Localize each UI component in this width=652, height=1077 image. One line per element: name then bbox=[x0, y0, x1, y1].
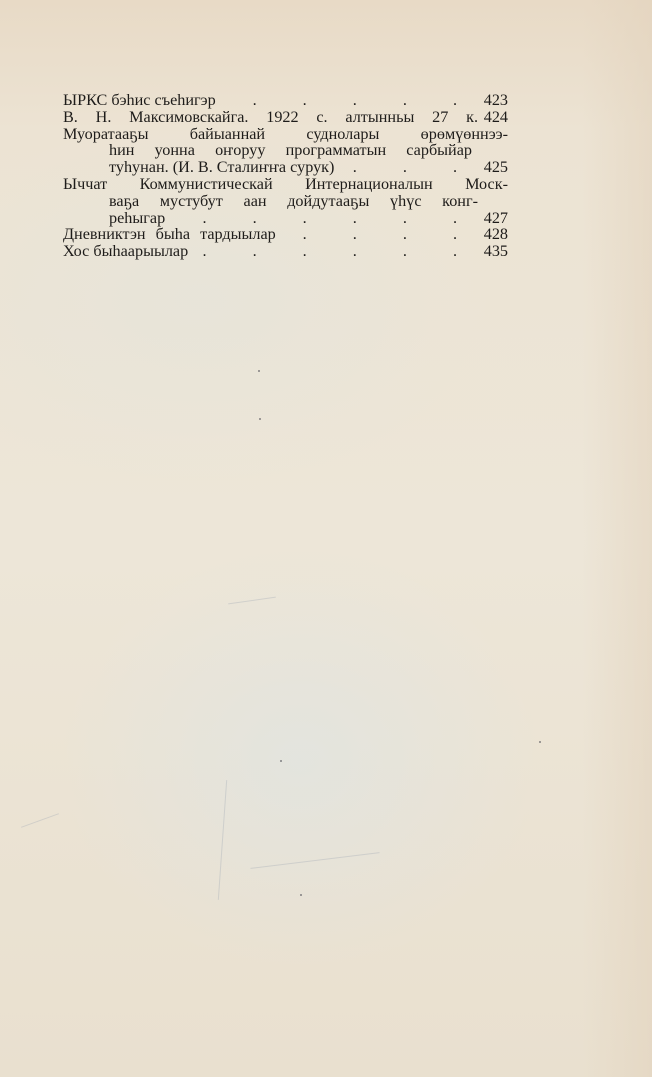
toc-entry-title: Хос быһаарыылар bbox=[63, 243, 188, 260]
paper-scratch bbox=[218, 780, 227, 900]
toc-entry-title: Дневниктэн быһа тардыылар bbox=[63, 226, 276, 243]
paper-speck bbox=[300, 894, 302, 896]
table-of-contents: ЫРКС бэһис съеһигэр . . . . . . . . . . … bbox=[63, 92, 508, 260]
toc-entry: В. Н. Максимовскайга. 1922 с. алтынньы 2… bbox=[63, 109, 508, 126]
toc-entry-last-line: туһунан. (И. В. Сталиҥҥа сурук) . . . . … bbox=[63, 159, 508, 176]
page-edge-shading bbox=[582, 0, 652, 1077]
dot-leader: . . . . . . . . . . . . bbox=[165, 210, 478, 227]
paper-scratch bbox=[250, 852, 379, 869]
toc-page-number: 425 bbox=[478, 159, 508, 176]
toc-entry-title-line: Муоратааҕы байыаннай суднолары өрөмүөннэ… bbox=[63, 126, 508, 143]
toc-entry-title-line: һин уонна оҥоруу программатын сарбыйар bbox=[63, 142, 508, 159]
toc-entry-title: В. Н. Максимовскайга. 1922 с. алтынньы 2… bbox=[63, 109, 478, 126]
scanned-page: ЫРКС бэһис съеһигэр . . . . . . . . . . … bbox=[0, 0, 652, 1077]
toc-page-number: 423 bbox=[478, 92, 508, 109]
dot-leader: . . . . bbox=[334, 159, 478, 176]
paper-speck bbox=[280, 760, 282, 762]
dot-leader: . . . . . . . . bbox=[276, 226, 478, 243]
toc-page-number: 428 bbox=[478, 226, 508, 243]
toc-entry: Ыччат Коммунистическай Интернационалын М… bbox=[63, 176, 508, 226]
paper-scratch bbox=[21, 813, 59, 828]
dot-leader: . . . . . . . . . . . . bbox=[188, 243, 478, 260]
toc-entry-title-line: реһыгар bbox=[109, 210, 165, 227]
toc-entry-title-line: туһунан. (И. В. Сталиҥҥа сурук) bbox=[109, 159, 334, 176]
toc-entry-title-line: Ыччат Коммунистическай Интернационалын М… bbox=[63, 176, 508, 193]
toc-entry-title: ЫРКС бэһис съеһигэр bbox=[63, 92, 216, 109]
toc-entry: Муоратааҕы байыаннай суднолары өрөмүөннэ… bbox=[63, 126, 508, 176]
toc-entry: Хос быһаарыылар . . . . . . . . . . . . … bbox=[63, 243, 508, 260]
toc-entry-last-line: реһыгар . . . . . . . . . . . . 427 bbox=[63, 210, 508, 227]
toc-page-number: 424 bbox=[478, 109, 508, 126]
paper-scratch bbox=[228, 597, 276, 605]
paper-speck bbox=[258, 370, 260, 372]
toc-entry-title-line: ваҕа мустубут аан дойдутааҕы үһүс конг- bbox=[63, 193, 508, 210]
dot-leader: . . . . . . . . . . . . bbox=[216, 92, 478, 109]
toc-entry: ЫРКС бэһис съеһигэр . . . . . . . . . . … bbox=[63, 92, 508, 109]
paper-speck bbox=[259, 418, 261, 420]
toc-entry: Дневниктэн быһа тардыылар . . . . . . . … bbox=[63, 226, 508, 243]
paper-speck bbox=[539, 741, 541, 743]
toc-page-number: 435 bbox=[478, 243, 508, 260]
toc-page-number: 427 bbox=[478, 210, 508, 227]
